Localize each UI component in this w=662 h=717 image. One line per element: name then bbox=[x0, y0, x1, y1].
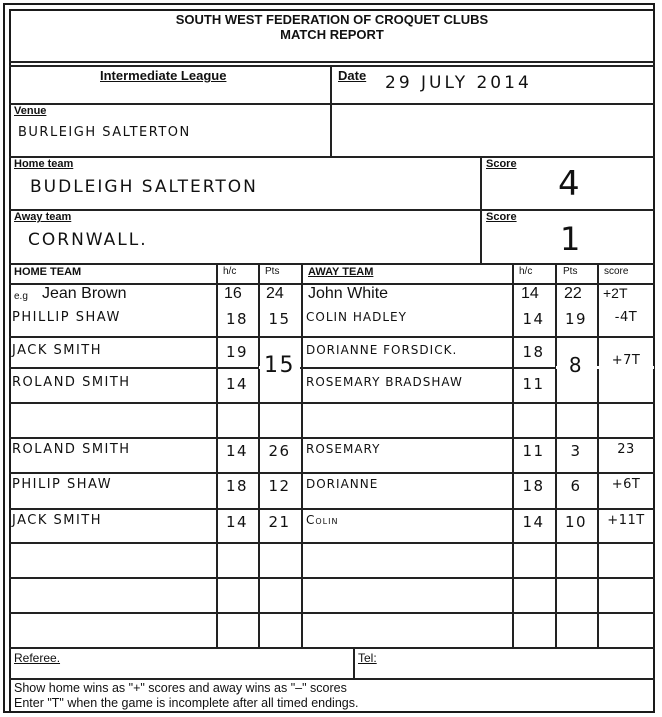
home-player-field[interactable]: PHILIP SHAW bbox=[12, 477, 212, 492]
home-player-field[interactable]: ROLAND SMITH bbox=[12, 375, 212, 390]
table-row-divider bbox=[9, 542, 655, 544]
home-hc-field[interactable]: 18 bbox=[216, 477, 258, 495]
home-hc-field[interactable]: 14 bbox=[216, 375, 258, 393]
score-field[interactable]: +7T bbox=[597, 353, 655, 368]
score-field[interactable]: 23 bbox=[597, 442, 655, 457]
col-header-home-pts: Pts bbox=[265, 266, 279, 277]
table-row-divider bbox=[9, 472, 655, 474]
venue-field[interactable]: BURLEIGH SALTERTON bbox=[18, 125, 191, 140]
example-home-name: Jean Brown bbox=[42, 285, 127, 303]
example-away-pts: 22 bbox=[564, 285, 582, 303]
away-hc-field[interactable]: 18 bbox=[512, 477, 555, 495]
col-header-away-team: AWAY TEAM bbox=[308, 266, 373, 278]
instructions-line-1: Show home wins as "+" scores and away wi… bbox=[14, 681, 347, 696]
example-score: +2T bbox=[603, 285, 628, 301]
row-divider bbox=[9, 156, 655, 158]
away-player-field[interactable]: ROSEMARY BRADSHAW bbox=[306, 375, 510, 389]
away-team-field[interactable]: CORNWALL. bbox=[28, 230, 148, 250]
away-hc-field[interactable]: 11 bbox=[512, 375, 555, 393]
home-pts-field[interactable]: 12 bbox=[258, 477, 301, 495]
tel-field[interactable] bbox=[385, 650, 650, 676]
referee-field[interactable] bbox=[90, 650, 350, 676]
home-hc-field[interactable]: 18 bbox=[216, 310, 258, 328]
home-player-field[interactable]: JACK SMITH bbox=[12, 513, 212, 528]
table-row-divider bbox=[9, 402, 655, 404]
table-row-divider bbox=[9, 612, 655, 614]
table-row-divider bbox=[9, 336, 655, 338]
score-field[interactable]: +11T bbox=[597, 513, 655, 528]
table-row-divider bbox=[9, 437, 655, 439]
home-player-field[interactable]: JACK SMITH bbox=[12, 343, 212, 358]
score-field[interactable]: -4T bbox=[597, 310, 655, 325]
home-pts-field[interactable]: 21 bbox=[258, 513, 301, 531]
home-hc-field[interactable]: 14 bbox=[216, 513, 258, 531]
home-player-field[interactable]: ROLAND SMITH bbox=[12, 442, 212, 457]
away-hc-field[interactable]: 14 bbox=[512, 310, 555, 328]
tel-label: Tel: bbox=[358, 651, 377, 665]
date-label: Date bbox=[338, 68, 366, 83]
table-row-divider bbox=[9, 577, 655, 579]
league-label: Intermediate League bbox=[100, 68, 226, 83]
col-header-score: score bbox=[604, 266, 628, 277]
col-header-home-team: HOME TEAM bbox=[14, 266, 81, 278]
referee-label: Referee. bbox=[14, 651, 60, 665]
away-player-field[interactable]: DORIANNE bbox=[306, 477, 510, 491]
home-pts-field[interactable]: 26 bbox=[258, 442, 301, 460]
home-team-field[interactable]: BUDLEIGH SALTERTON bbox=[30, 177, 258, 197]
table-bottom-border bbox=[9, 647, 655, 649]
away-pts-field[interactable]: 6 bbox=[555, 477, 597, 495]
home-team-label: Home team bbox=[14, 158, 73, 170]
away-hc-field[interactable]: 14 bbox=[512, 513, 555, 531]
form-title: SOUTH WEST FEDERATION OF CROQUET CLUBS bbox=[11, 12, 653, 27]
away-score-field[interactable]: 1 bbox=[560, 220, 582, 258]
example-prefix: e.g bbox=[14, 291, 28, 302]
home-pts-field[interactable]: 15 bbox=[258, 310, 301, 328]
home-hc-field[interactable]: 19 bbox=[216, 343, 258, 361]
away-pts-field[interactable]: 10 bbox=[555, 513, 597, 531]
away-player-field[interactable]: DORIANNE FORSDICK. bbox=[306, 343, 510, 357]
col-header-away-hc: h/c bbox=[519, 266, 532, 277]
away-player-field[interactable]: ROSEMARY bbox=[306, 442, 510, 456]
score-field[interactable]: +6T bbox=[597, 477, 655, 492]
home-player-field[interactable]: PHILLIP SHAW bbox=[12, 310, 212, 325]
tel-divider bbox=[353, 647, 355, 679]
example-home-hc: 16 bbox=[224, 285, 242, 303]
header-divider-2 bbox=[9, 65, 655, 67]
header-divider bbox=[9, 61, 655, 63]
venue-label: Venue bbox=[14, 105, 46, 117]
col-header-away-pts: Pts bbox=[563, 266, 577, 277]
away-hc-field[interactable]: 11 bbox=[512, 442, 555, 460]
instructions-line-2: Enter "T" when the game is incomplete af… bbox=[14, 696, 358, 711]
row-divider bbox=[9, 209, 655, 211]
example-home-pts: 24 bbox=[266, 285, 284, 303]
form-subtitle: MATCH REPORT bbox=[11, 27, 653, 42]
home-score-label: Score bbox=[486, 158, 517, 170]
date-field[interactable]: 29 JULY 2014 bbox=[385, 73, 532, 93]
away-hc-field[interactable]: 18 bbox=[512, 343, 555, 361]
away-pts-field[interactable]: 19 bbox=[555, 310, 597, 328]
example-away-hc: 14 bbox=[521, 285, 539, 303]
away-pts-field[interactable]: 3 bbox=[555, 442, 597, 460]
table-row-divider bbox=[9, 508, 655, 510]
home-score-field[interactable]: 4 bbox=[558, 164, 581, 204]
away-player-field[interactable]: COLIN HADLEY bbox=[306, 310, 510, 324]
home-hc-field[interactable]: 14 bbox=[216, 442, 258, 460]
table-column-divider bbox=[301, 263, 303, 647]
date-column-divider bbox=[330, 65, 332, 157]
away-team-label: Away team bbox=[14, 211, 71, 223]
example-away-name: John White bbox=[308, 285, 388, 303]
row-divider bbox=[9, 678, 655, 680]
away-player-field[interactable]: Colin bbox=[306, 513, 510, 527]
home-pts-field[interactable]: 15 bbox=[258, 353, 301, 378]
table-top-border bbox=[9, 263, 655, 265]
away-score-label: Score bbox=[486, 211, 517, 223]
row-divider bbox=[9, 103, 655, 105]
col-header-home-hc: h/c bbox=[223, 266, 236, 277]
away-pts-field[interactable]: 8 bbox=[555, 353, 597, 377]
